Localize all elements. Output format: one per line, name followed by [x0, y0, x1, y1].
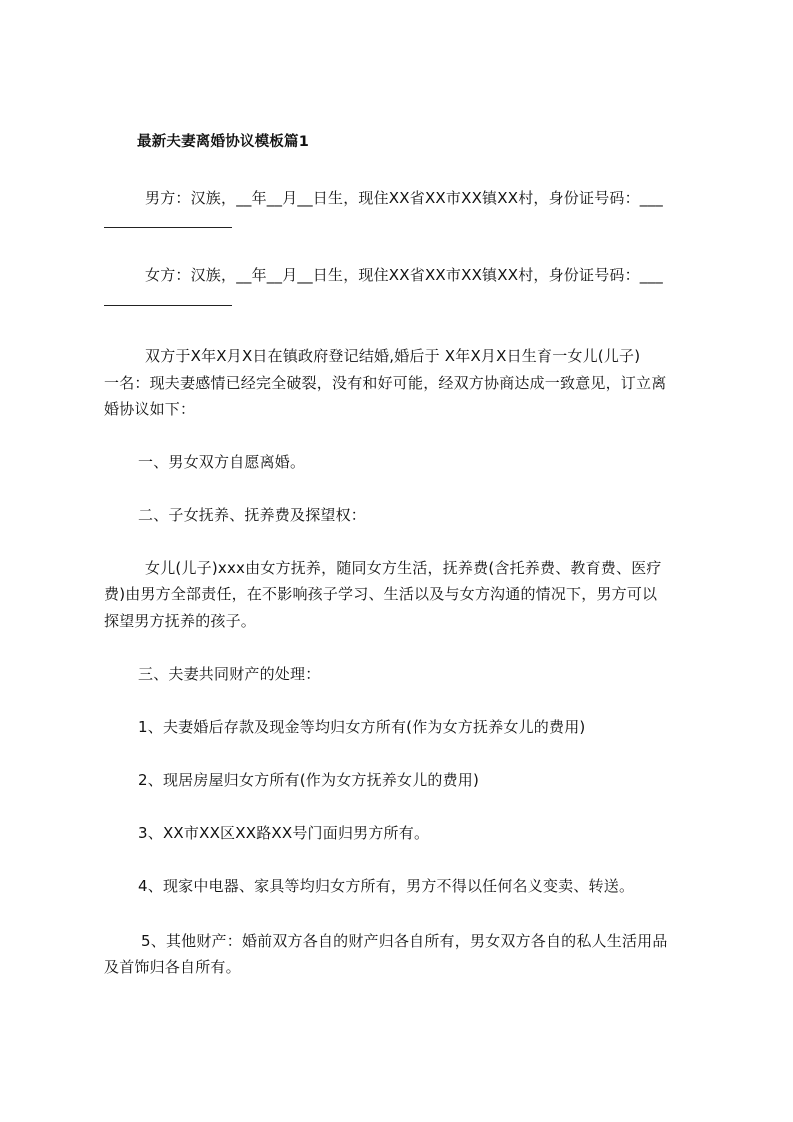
custody-line-1: 女儿(儿子)xxx由女方抚养，随同女方生活，抚养费(含托养费、教育费、医疗	[145, 557, 662, 579]
property-item-5-line-1: 5、其他财产：婚前双方各自的财产归各自所有，男女双方各自的私人生活用品	[141, 930, 668, 952]
intro-line-2: 一名：现夫妻感情已经完全破裂，没有和好可能，经双方协商达成一致意见，订立离	[104, 372, 666, 394]
wife-id-blank	[104, 305, 232, 306]
property-item-2: 2、现居房屋归女方所有(作为女方抚养女儿的费用)	[138, 769, 479, 791]
document-title: 最新夫妻离婚协议模板篇1	[137, 131, 309, 153]
wife-info: 女方：汉族，__年__月__日生，现住XX省XX市XX镇XX村，身份证号码：__…	[145, 264, 663, 286]
property-item-3: 3、XX市XX区XX路XX号门面归男方所有。	[138, 822, 429, 844]
intro-line-1: 双方于X年X月X日在镇政府登记结婚,婚后于 X年X月X日生育一女儿(儿子)	[145, 345, 640, 367]
property-item-4: 4、现家中电器、家具等均归女方所有，男方不得以任何名义变卖、转送。	[138, 875, 634, 897]
clause-2: 二、子女抚养、抚养费及探望权：	[138, 504, 366, 526]
property-item-5-line-2: 及首饰归各自所有。	[104, 956, 241, 978]
intro-line-3: 婚协议如下：	[104, 398, 195, 420]
husband-id-blank	[104, 227, 232, 228]
husband-info: 男方：汉族，__年__月__日生，现住XX省XX市XX镇XX村，身份证号码：__…	[145, 187, 663, 209]
custody-line-3: 探望男方抚养的孩子。	[104, 610, 256, 632]
clause-1: 一、男女双方自愿离婚。	[138, 451, 305, 473]
custody-line-2: 费)由男方全部责任，在不影响孩子学习、生活以及与女方沟通的情况下，男方可以	[104, 583, 657, 605]
property-item-1: 1、夫妻婚后存款及现金等均归女方所有(作为女方抚养女儿的费用)	[138, 716, 585, 738]
clause-3: 三、夫妻共同财产的处理：	[138, 663, 320, 685]
